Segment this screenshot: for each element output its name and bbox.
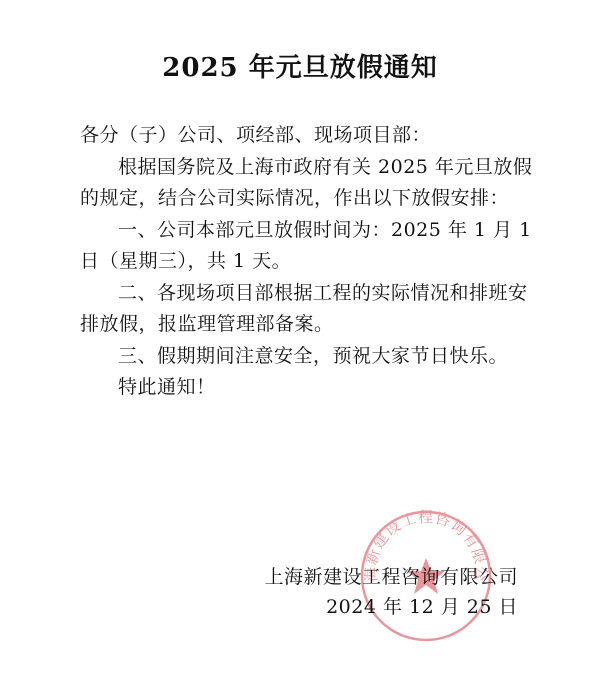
paragraph-closing: 特此通知！ bbox=[80, 372, 540, 404]
salutation: 各分（子）公司、项经部、现场项目部： bbox=[80, 120, 540, 152]
signature-company: 上海新建设工程咨询有限公司 bbox=[264, 562, 518, 592]
signature-block: 上海新建设工程咨询有限公司 2024 年 12 月 25 日 bbox=[264, 562, 518, 622]
signature-date: 2024 年 12 月 25 日 bbox=[264, 592, 518, 622]
paragraph-intro: 根据国务院及上海市政府有关 2025 年元旦放假的规定，结合公司实际情况，作出以… bbox=[80, 152, 540, 215]
paragraph-item-3: 三、假期期间注意安全，预祝大家节日快乐。 bbox=[80, 341, 540, 373]
paragraph-item-1: 一、公司本部元旦放假时间为：2025 年 1 月 1 日（星期三），共 1 天。 bbox=[80, 215, 540, 278]
paragraph-item-2: 二、各现场项目部根据工程的实际情况和排班安排放假，报监理管理部备案。 bbox=[80, 278, 540, 341]
document-body: 各分（子）公司、项经部、现场项目部： 根据国务院及上海市政府有关 2025 年元… bbox=[80, 120, 540, 404]
document-title: 2025 年元旦放假通知 bbox=[0, 50, 600, 86]
